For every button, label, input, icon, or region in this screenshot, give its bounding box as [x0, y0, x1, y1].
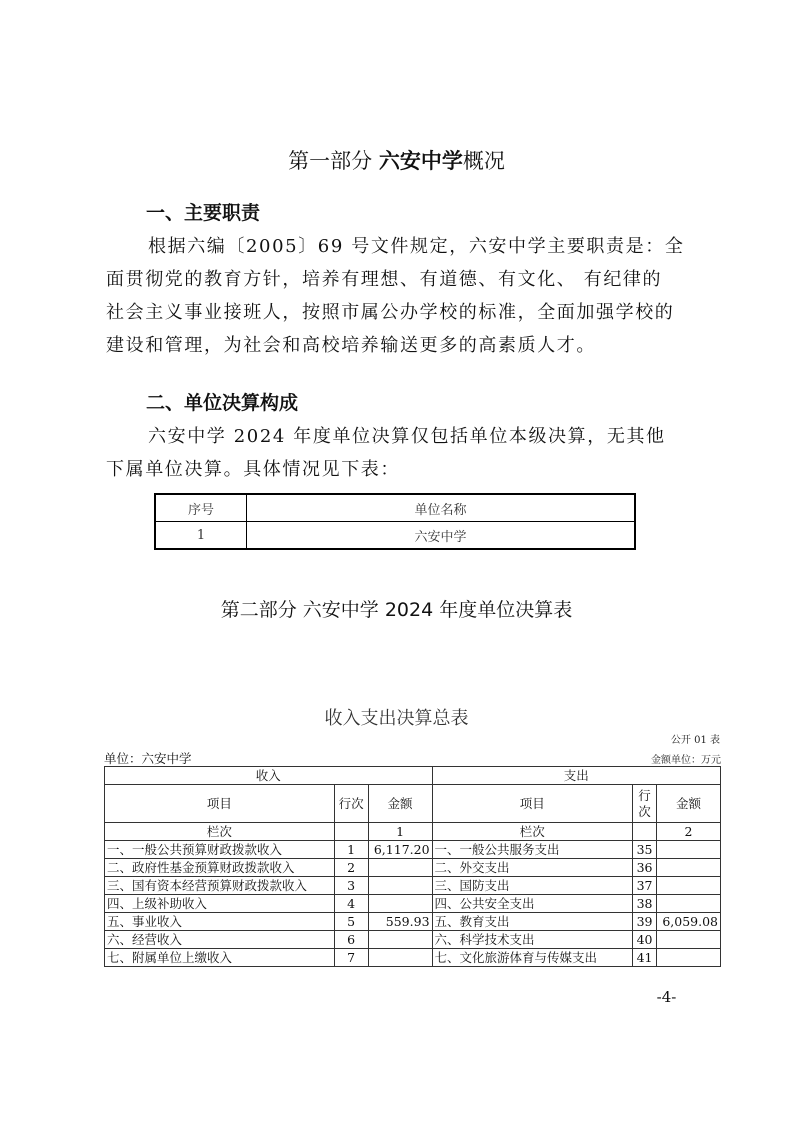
expense-item: 六、科学技术支出 [432, 931, 633, 949]
col-line: 行 次 [633, 785, 657, 823]
expense-line: 39 [633, 913, 657, 931]
section1-heading: 一、主要职责 [146, 198, 260, 225]
amount-unit: 金额单位：万元 [651, 751, 721, 766]
expense-item: 一、一般公共服务支出 [432, 841, 633, 859]
expense-amount [657, 841, 721, 859]
table-cell: 六安中学 [247, 522, 636, 550]
para-line: 六安中学 2024 年度单位决算仅包括单位本级决算，无其他 [106, 420, 691, 453]
income-item: 七、附属单位上缴收入 [105, 949, 335, 967]
table-cell: 1 [155, 522, 247, 550]
section1-body: 根据六编〔2005〕69 号文件规定，六安中学主要职责是：全 面贯彻党的教育方针… [106, 230, 691, 362]
col-amount: 金额 [368, 785, 432, 823]
table-row: 五、事业收入 5 559.93 五、教育支出 39 6,059.08 [105, 913, 721, 931]
col-line: 行次 [334, 785, 368, 823]
expense-amount [657, 949, 721, 967]
expense-line: 36 [633, 859, 657, 877]
expense-line: 38 [633, 895, 657, 913]
col-index: 2 [657, 823, 721, 841]
table-header: 单位名称 [247, 494, 636, 522]
income-header: 收入 [105, 767, 433, 785]
section2-heading: 二、单位决算构成 [146, 388, 298, 415]
income-amount [368, 931, 432, 949]
table-row: 二、政府性基金预算财政拨款收入 2 二、外交支出 36 [105, 859, 721, 877]
table-row: 七、附属单位上缴收入 7 七、文化旅游体育与传媒支出 41 [105, 949, 721, 967]
income-item: 五、事业收入 [105, 913, 335, 931]
expense-amount [657, 931, 721, 949]
para-line: 社会主义事业接班人，按照市属公办学校的标准，全面加强学校的 [106, 296, 691, 329]
expense-line: 37 [633, 877, 657, 895]
expense-amount [657, 877, 721, 895]
section2-body: 六安中学 2024 年度单位决算仅包括单位本级决算，无其他 下属单位决算。具体情… [106, 420, 691, 486]
income-line: 3 [334, 877, 368, 895]
income-item: 三、国有资本经营预算财政拨款收入 [105, 877, 335, 895]
para-line: 根据六编〔2005〕69 号文件规定，六安中学主要职责是：全 [106, 230, 691, 263]
table-row: 1 六安中学 [155, 522, 635, 550]
para-line: 建设和管理，为社会和高校培养输送更多的高素质人才。 [106, 329, 691, 362]
income-line: 7 [334, 949, 368, 967]
para-line: 下属单位决算。具体情况见下表： [106, 453, 691, 486]
table-code: 公开 01 表 [671, 731, 720, 746]
income-item: 四、上级补助收入 [105, 895, 335, 913]
col-index-label: 栏次 [432, 823, 633, 841]
expense-line: 35 [633, 841, 657, 859]
expense-item: 三、国防支出 [432, 877, 633, 895]
unit-composition-table: 序号 单位名称 1 六安中学 [154, 493, 636, 550]
income-line: 6 [334, 931, 368, 949]
expense-item: 七、文化旅游体育与传媒支出 [432, 949, 633, 967]
table-row: 六、经营收入 6 六、科学技术支出 40 [105, 931, 721, 949]
income-item: 六、经营收入 [105, 931, 335, 949]
expense-line: 41 [633, 949, 657, 967]
income-item: 一、一般公共预算财政拨款收入 [105, 841, 335, 859]
expense-amount [657, 859, 721, 877]
col-item: 项目 [432, 785, 633, 823]
income-item: 二、政府性基金预算财政拨款收入 [105, 859, 335, 877]
income-amount: 6,117.20 [368, 841, 432, 859]
col-index: 1 [368, 823, 432, 841]
income-amount [368, 859, 432, 877]
income-amount [368, 895, 432, 913]
para-line: 面贯彻党的教育方针，培养有理想、有道德、有文化、 有纪律的 [106, 263, 691, 296]
col-amount: 金额 [657, 785, 721, 823]
table-header: 序号 [155, 494, 247, 522]
expense-amount [657, 895, 721, 913]
income-amount [368, 877, 432, 895]
expense-header: 支出 [432, 767, 720, 785]
expense-amount: 6,059.08 [657, 913, 721, 931]
col-item: 项目 [105, 785, 335, 823]
income-line: 2 [334, 859, 368, 877]
part1-title: 第一部分 六安中学概况 [0, 145, 793, 175]
income-line: 4 [334, 895, 368, 913]
income-amount: 559.93 [368, 913, 432, 931]
expense-line: 40 [633, 931, 657, 949]
income-amount [368, 949, 432, 967]
income-line: 5 [334, 913, 368, 931]
expense-item: 二、外交支出 [432, 859, 633, 877]
income-line: 1 [334, 841, 368, 859]
table-row: 三、国有资本经营预算财政拨款收入 3 三、国防支出 37 [105, 877, 721, 895]
table-title: 收入支出决算总表 [0, 704, 793, 730]
income-expense-table: 收入 支出 项目 行次 金额 项目 行 次 金额 栏次 1 栏次 2 一、一般公… [104, 766, 721, 967]
unit-label: 单位：六安中学 [104, 749, 192, 767]
expense-item: 四、公共安全支出 [432, 895, 633, 913]
table-row: 一、一般公共预算财政拨款收入 1 6,117.20 一、一般公共服务支出 35 [105, 841, 721, 859]
table-row: 四、上级补助收入 4 四、公共安全支出 38 [105, 895, 721, 913]
expense-item: 五、教育支出 [432, 913, 633, 931]
page-number: -4- [270, 988, 793, 1006]
part2-title: 第二部分 六安中学 2024 年度单位决算表 [0, 595, 793, 622]
col-index-label: 栏次 [105, 823, 335, 841]
